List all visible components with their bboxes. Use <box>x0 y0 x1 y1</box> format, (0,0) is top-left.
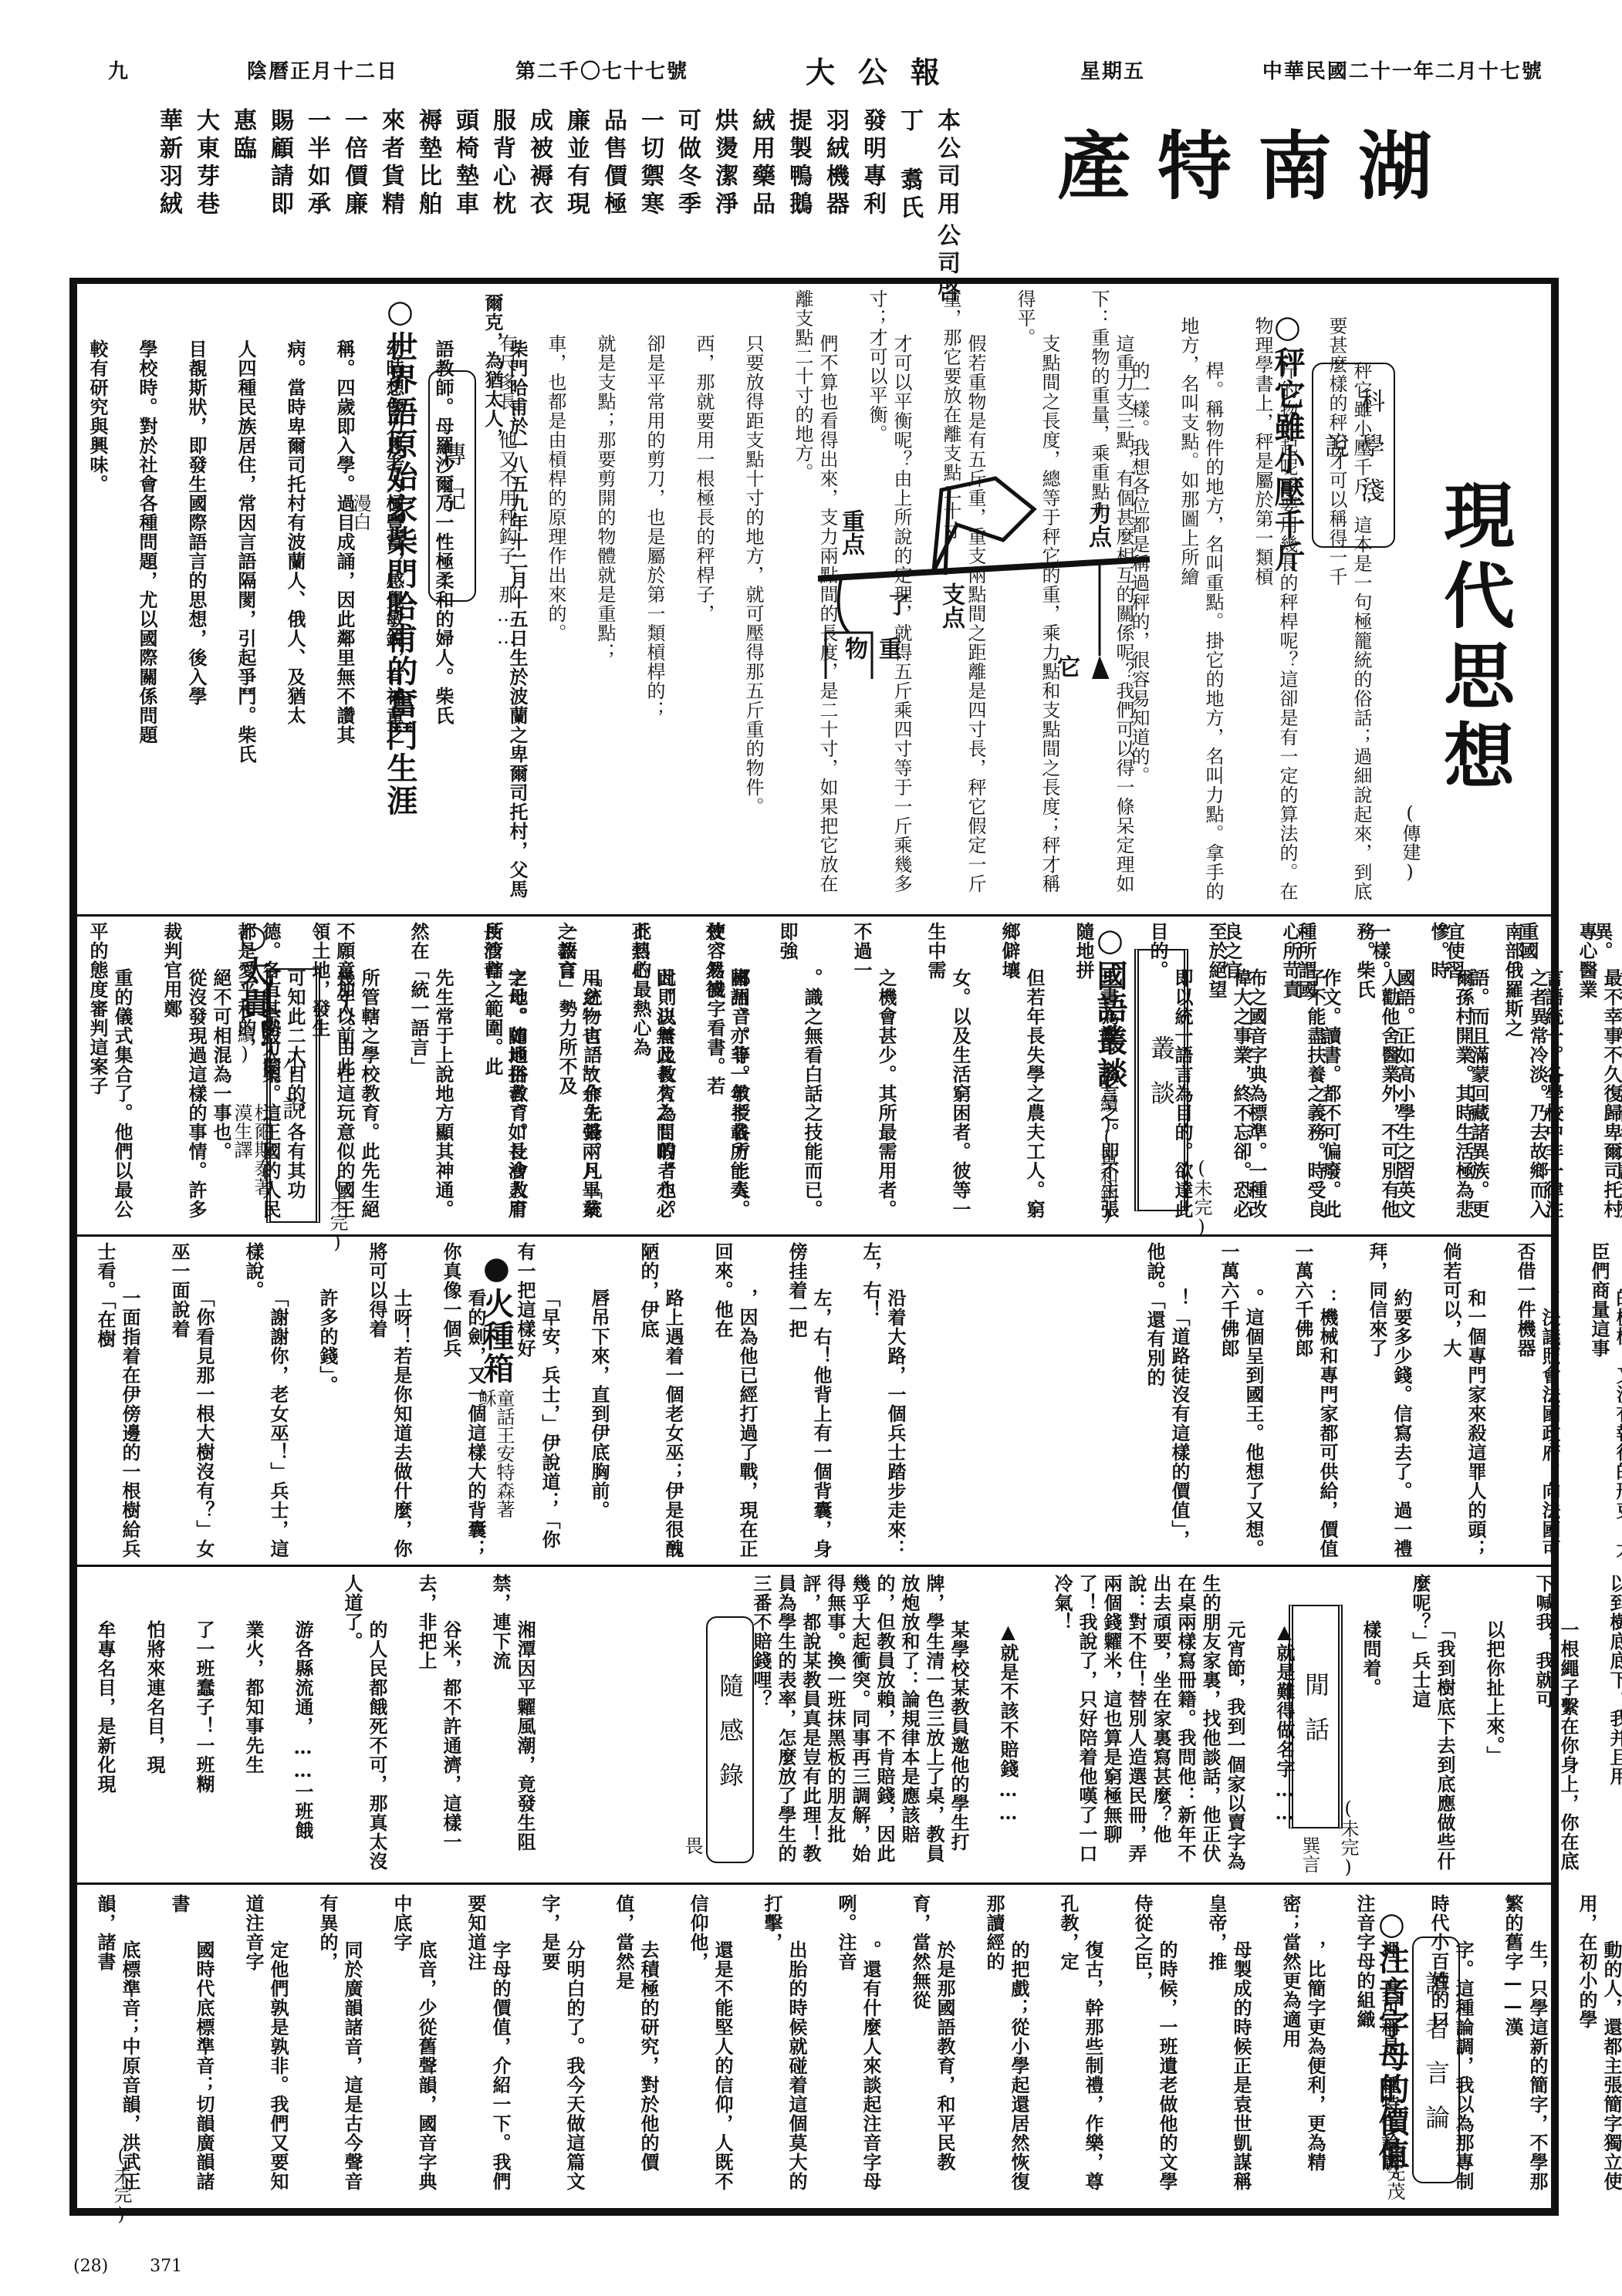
advertisement-headline: 湖南特產 <box>995 108 1458 214</box>
ad-line: 賜顧請即 <box>261 108 298 223</box>
ad-line: 烘燙潔淨 <box>705 108 742 223</box>
fairy-tale-body-end: 頂上有一個洞，你溜下去就可以到樹底底下。我并且用 一根繩子繫在你身上，你在底下喊… <box>1358 1574 1622 1875</box>
talk-item-heading: ▲就是不該不賠錢…… <box>997 1620 1019 1825</box>
ad-line: 一半如承 <box>298 108 335 223</box>
supplement-sub: (傳建) <box>1397 802 1424 883</box>
masthead-date: 中華民國二十一年二月十七號 <box>1262 56 1543 84</box>
talk-item-body: 某學校某教員邀他的學生打牌，學生清一色三放上了桌，教員放炮放和了：論規律本是應該… <box>750 1574 970 1863</box>
suigan-author: 畏 <box>679 1836 706 1855</box>
row-divider-2 <box>77 1234 1551 1237</box>
footer-page-number: 371 <box>150 2257 182 2276</box>
row-divider-4 <box>77 1882 1551 1885</box>
ad-line: 丁 翥氏 <box>890 108 928 223</box>
masthead: 中華民國二十一年二月十七號 星期五 大公報 第二千〇七十七號 陰曆正月十二日 九 <box>108 54 1543 85</box>
masthead-paper-name: 大公報 <box>806 49 963 91</box>
talk-item-body: 元宵節，我到一個家以賣字為生的朋友家裏，找他談話，他正伏在桌兩樣寫冊籍。我問他：… <box>1051 1574 1246 1871</box>
supplement-title: 現代思想 <box>1435 478 1512 849</box>
frame-top-rule <box>69 278 1559 284</box>
ad-line: 惠臨 <box>224 108 261 223</box>
talk-item-1: ▲就是難得做名字…… 元宵節，我到一個家以賣字為生的朋友家裏，找他談話，他正伏在… <box>1049 1574 1321 1875</box>
biography-body: 柴門哈甫於一八五九年十二月十五日生於波蘭之卑爾司托村，父馬爾克，為猶太人， 語教… <box>85 293 554 903</box>
masthead-lunar-date: 陰曆正月十二日 <box>247 56 398 84</box>
ad-line: 來者貨精 <box>372 108 409 223</box>
masthead-page-number: 九 <box>108 56 130 84</box>
ad-line: 廉並有現 <box>557 108 594 223</box>
suigan-body: 湘潭因平糶風潮，竟發生阻禁，連下流 谷米，都不許通濟，這樣一去，非把上 的人民都… <box>93 1574 562 1875</box>
frame-bottom-rule <box>69 2208 1559 2216</box>
ad-line: 一切禦寒 <box>631 108 668 223</box>
reader-end-note: (未完) <box>108 2145 135 2225</box>
section-tag-suigan: 隨感錄 <box>706 1616 754 1863</box>
science-body: 秤它雖小壓千斤，這本是一句極籠統的俗話；過細說起來，到底要甚麼樣的秤它才可以稱得… <box>1127 316 1398 903</box>
ad-line: 華新羽絨 <box>150 108 187 223</box>
ad-line: 褥墊比舶 <box>409 108 446 223</box>
science-body-continued: 這重力支三點，有個甚麼相互的關係呢？我們可以得一條呆定理如下：重物的重量，乘重點… <box>494 289 1161 907</box>
ad-line: 成被褥衣 <box>520 108 557 223</box>
talk-item-2: ▲就是不該不賠錢…… 某學校某教員邀他的學生打牌，學生清一色三放上了桌，教員放炮… <box>748 1574 1045 1875</box>
footer-page-bracket: (28) <box>73 2257 108 2276</box>
ad-line: 發明專利 <box>853 108 890 223</box>
ad-line: 絨用藥品 <box>742 108 779 223</box>
frame-left-rule <box>69 278 77 2214</box>
ad-line: 可做冬季 <box>668 108 705 223</box>
masthead-weekday: 星期五 <box>1080 56 1145 84</box>
ad-line: 頭椅墊車 <box>446 108 483 223</box>
ad-line: 一倍價廉 <box>335 108 372 223</box>
row-divider-1 <box>77 914 1551 917</box>
ad-line: 羽絨機器 <box>816 108 853 223</box>
ad-line: 服背心枕 <box>483 108 520 223</box>
novel-body-continued: 被他們辯論裁判了，結果將罪人依法斷定斬頭罪。但 諸事完了。他們於是將罪獄案呈國王… <box>1142 1242 1622 1558</box>
reader-body: 注音字母沒有製成以前，勞乃宣既底簡字，算 是一種較為適用的音標。一九〇八至一九一… <box>93 1894 1622 2203</box>
masthead-issue-number: 第二千〇七十七號 <box>515 56 688 84</box>
advertisement-block: 本公司用 丁 翥氏 發明專利 羽絨機器 提製鴨鵝 絨用藥品 烘燙潔淨 可做冬季 … <box>116 108 965 270</box>
ad-line: 本公司用 <box>928 108 965 223</box>
ad-line: 提製鴨鵝 <box>779 108 816 223</box>
talk-item-heading: ▲就是難得做名字…… <box>1273 1620 1296 1825</box>
footer: (28) 371 <box>73 2257 182 2276</box>
fairy-tale-body: 沿着大路，一個兵士踏步走來：左，右！ 左，右！他背上有一個背囊，身傍挂着一把 ，… <box>93 1242 932 1558</box>
row-divider-3 <box>77 1565 1551 1567</box>
ad-line: 大東芽巷 <box>187 108 224 223</box>
ad-line: 品售價極 <box>594 108 631 223</box>
novel-body: 幾年以前，在這玩意似的國王領土地，發生 了一宗殺人案。這王國的人民都是愛平和的，… <box>85 922 381 1231</box>
